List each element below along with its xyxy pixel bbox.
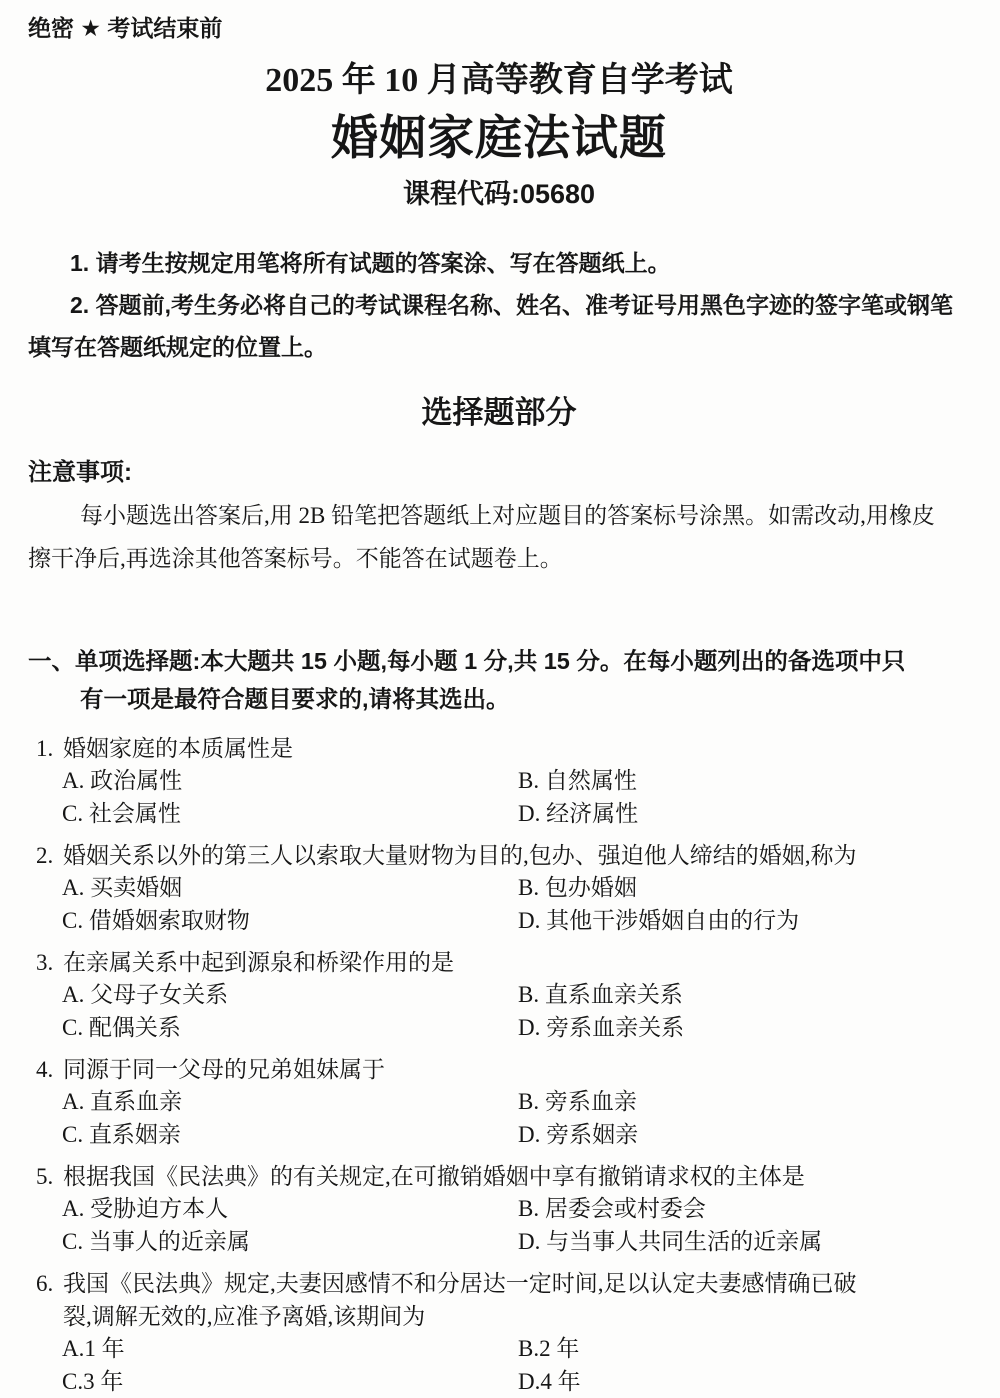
question-2-stem: 2. 婚姻关系以外的第三人以索取大量财物为目的,包办、强迫他人缔结的婚姻,称为	[28, 839, 970, 872]
question-4-option-c: C. 直系姻亲	[62, 1119, 518, 1152]
question-4-options: A. 直系血亲 B. 旁系血亲 C. 直系姻亲 D. 旁系姻亲	[28, 1086, 970, 1151]
question-6-option-b: B.2 年	[518, 1333, 970, 1366]
question-2-option-b: B. 包办婚姻	[518, 872, 970, 905]
question-1-number: 1.	[36, 732, 63, 765]
question-4-text: 同源于同一父母的兄弟姐妹属于	[63, 1053, 970, 1086]
question-6-text-line-1: 我国《民法典》规定,夫妻因感情不和分居达一定时间,足以认定夫妻感情确已破	[63, 1267, 970, 1300]
question-6-number: 6.	[36, 1267, 63, 1300]
question-3-stem: 3. 在亲属关系中起到源泉和桥梁作用的是	[28, 946, 970, 979]
question-5-text: 根据我国《民法典》的有关规定,在可撤销婚姻中享有撤销请求权的主体是	[63, 1160, 970, 1193]
question-4-option-a: A. 直系血亲	[62, 1086, 518, 1119]
question-6-option-a: A.1 年	[62, 1333, 518, 1366]
notice-body: 每小题选出答案后,用 2B 铅笔把答题纸上对应题目的答案标号涂黑。如需改动,用橡…	[28, 494, 970, 580]
question-1: 1. 婚姻家庭的本质属性是 A. 政治属性 B. 自然属性 C. 社会属性 D.…	[28, 732, 970, 830]
question-2-option-c: C. 借婚姻索取财物	[62, 905, 518, 938]
question-1-text: 婚姻家庭的本质属性是	[63, 732, 970, 765]
question-list: 1. 婚姻家庭的本质属性是 A. 政治属性 B. 自然属性 C. 社会属性 D.…	[28, 732, 970, 1398]
question-4-option-b: B. 旁系血亲	[518, 1086, 970, 1119]
exam-session-title: 2025 年 10 月高等教育自学考试	[28, 60, 970, 102]
general-instructions: 1. 请考生按规定用笔将所有试题的答案涂、写在答题纸上。 2. 答题前,考生务必…	[28, 242, 970, 368]
instruction-item-2-line-2: 填写在答题纸规定的位置上。	[28, 326, 970, 368]
question-4-option-d: D. 旁系姻亲	[518, 1119, 970, 1152]
question-4: 4. 同源于同一父母的兄弟姐妹属于 A. 直系血亲 B. 旁系血亲 C. 直系姻…	[28, 1053, 970, 1151]
question-3-options: A. 父母子女关系 B. 直系血亲关系 C. 配偶关系 D. 旁系血亲关系	[28, 979, 970, 1044]
question-3-option-a: A. 父母子女关系	[62, 979, 518, 1012]
question-4-stem: 4. 同源于同一父母的兄弟姐妹属于	[28, 1053, 970, 1086]
question-3-text: 在亲属关系中起到源泉和桥梁作用的是	[63, 946, 970, 979]
question-1-option-c: C. 社会属性	[62, 798, 518, 831]
question-5: 5. 根据我国《民法典》的有关规定,在可撤销婚姻中享有撤销请求权的主体是 A. …	[28, 1160, 970, 1258]
question-3-option-b: B. 直系血亲关系	[518, 979, 970, 1012]
question-2-option-d: D. 其他干涉婚姻自由的行为	[518, 905, 970, 938]
question-5-number: 5.	[36, 1160, 63, 1193]
question-5-options: A. 受胁迫方本人 B. 居委会或村委会 C. 当事人的近亲属 D. 与当事人共…	[28, 1193, 970, 1258]
question-3-option-c: C. 配偶关系	[62, 1012, 518, 1045]
question-6-text: 我国《民法典》规定,夫妻因感情不和分居达一定时间,足以认定夫妻感情确已破 裂,调…	[63, 1267, 970, 1333]
question-1-options: A. 政治属性 B. 自然属性 C. 社会属性 D. 经济属性	[28, 765, 970, 830]
question-3-number: 3.	[36, 946, 63, 979]
part-one-heading-line-1: 一、单项选择题:本大题共 15 小题,每小题 1 分,共 15 分。在每小题列出…	[28, 642, 970, 680]
question-6-stem: 6. 我国《民法典》规定,夫妻因感情不和分居达一定时间,足以认定夫妻感情确已破 …	[28, 1267, 970, 1333]
question-5-option-a: A. 受胁迫方本人	[62, 1193, 518, 1226]
secrecy-label: 绝密 ★ 考试结束前	[28, 14, 970, 42]
question-2-option-a: A. 买卖婚姻	[62, 872, 518, 905]
notice-title: 注意事项:	[28, 458, 970, 488]
part-one-heading-line-2: 有一项是最符合题目要求的,请将其选出。	[28, 680, 970, 718]
question-3: 3. 在亲属关系中起到源泉和桥梁作用的是 A. 父母子女关系 B. 直系血亲关系…	[28, 946, 970, 1044]
notice-block: 注意事项: 每小题选出答案后,用 2B 铅笔把答题纸上对应题目的答案标号涂黑。如…	[28, 458, 970, 580]
question-5-option-d: D. 与当事人共同生活的近亲属	[518, 1226, 970, 1259]
question-2: 2. 婚姻关系以外的第三人以索取大量财物为目的,包办、强迫他人缔结的婚姻,称为 …	[28, 839, 970, 937]
question-6-option-d: D.4 年	[518, 1366, 970, 1398]
question-5-stem: 5. 根据我国《民法典》的有关规定,在可撤销婚姻中享有撤销请求权的主体是	[28, 1160, 970, 1193]
question-1-stem: 1. 婚姻家庭的本质属性是	[28, 732, 970, 765]
question-5-option-b: B. 居委会或村委会	[518, 1193, 970, 1226]
section-heading-multiple-choice: 选择题部分	[28, 394, 970, 432]
question-5-option-c: C. 当事人的近亲属	[62, 1226, 518, 1259]
question-6-options: A.1 年 B.2 年 C.3 年 D.4 年	[28, 1333, 970, 1398]
question-2-text: 婚姻关系以外的第三人以索取大量财物为目的,包办、强迫他人缔结的婚姻,称为	[63, 839, 970, 872]
question-6-text-line-2: 裂,调解无效的,应准予离婚,该期间为	[63, 1300, 970, 1333]
question-1-option-d: D. 经济属性	[518, 798, 970, 831]
notice-body-line-2: 擦干净后,再选涂其他答案标号。不能答在试题卷上。	[28, 537, 970, 580]
question-1-option-b: B. 自然属性	[518, 765, 970, 798]
question-6: 6. 我国《民法典》规定,夫妻因感情不和分居达一定时间,足以认定夫妻感情确已破 …	[28, 1267, 970, 1398]
instruction-item-1: 1. 请考生按规定用笔将所有试题的答案涂、写在答题纸上。	[28, 242, 970, 284]
question-3-option-d: D. 旁系血亲关系	[518, 1012, 970, 1045]
exam-title: 婚姻家庭法试题	[28, 110, 970, 166]
question-2-number: 2.	[36, 839, 63, 872]
notice-body-line-1: 每小题选出答案后,用 2B 铅笔把答题纸上对应题目的答案标号涂黑。如需改动,用橡…	[28, 494, 970, 537]
instruction-item-2-line-1: 2. 答题前,考生务必将自己的考试课程名称、姓名、准考证号用黑色字迹的签字笔或钢…	[28, 284, 970, 326]
question-4-number: 4.	[36, 1053, 63, 1086]
question-6-option-c: C.3 年	[62, 1366, 518, 1398]
question-2-options: A. 买卖婚姻 B. 包办婚姻 C. 借婚姻索取财物 D. 其他干涉婚姻自由的行…	[28, 872, 970, 937]
exam-paper-page: 绝密 ★ 考试结束前 2025 年 10 月高等教育自学考试 婚姻家庭法试题 课…	[0, 0, 1000, 1398]
part-one-heading: 一、单项选择题:本大题共 15 小题,每小题 1 分,共 15 分。在每小题列出…	[28, 642, 970, 718]
question-1-option-a: A. 政治属性	[62, 765, 518, 798]
course-code: 课程代码:05680	[28, 178, 970, 210]
